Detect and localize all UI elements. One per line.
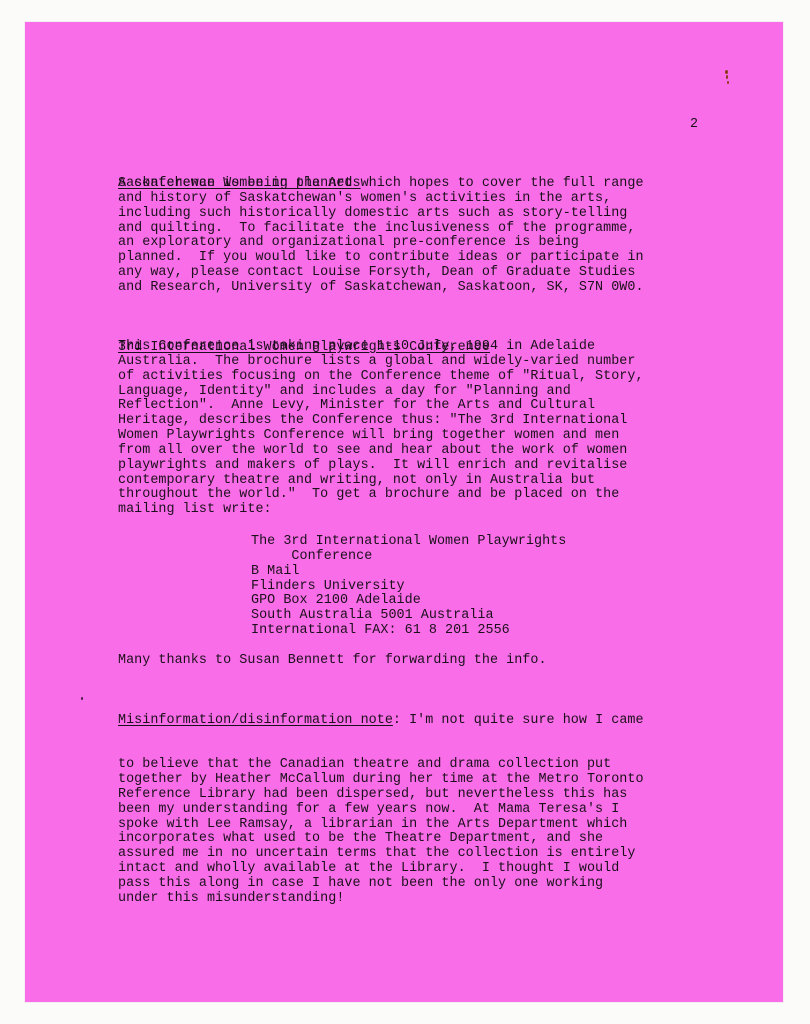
body-line: been my understanding for a few years no… [118,803,644,818]
body-line: assured me in no uncertain terms that th… [118,847,644,862]
body-line: playwrights and makers of plays. It will… [118,459,644,474]
body-line: The 3rd International Women Playwrights [251,535,566,550]
body-line: mailing list write: [118,503,644,518]
body-line: and quilting. To facilitate the inclusiv… [118,222,644,237]
body-line: South Australia 5001 Australia [251,609,566,624]
body-line: throughout the world." To get a brochure… [118,488,644,503]
section-misinformation-body: to believe that the Canadian theatre and… [118,758,644,906]
body-line: Reflection". Anne Levy, Minister for the… [118,399,644,414]
body-line: Australia. The brochure lists a global a… [118,355,644,370]
ink-stain-mark [725,70,728,88]
paper-speck [81,697,83,700]
body-line: incorporates what used to be the Theatre… [118,832,644,847]
body-line: Conference [251,550,566,565]
body-line: B Mail [251,565,566,580]
misinformation-first-line: Misinformation/disinformation note: I'm … [118,714,644,729]
section-misinformation: Misinformation/disinformation note: I'm … [118,684,644,922]
body-line: together by Heather McCallum during her … [118,773,644,788]
body-line: contemporary theatre and writing, not on… [118,474,644,489]
body-line: GPO Box 2100 Adelaide [251,594,566,609]
body-line: including such historically domestic art… [118,207,644,222]
section-heading: Misinformation/disinformation note [118,713,393,728]
body-line: Women Playwrights Conference will bring … [118,429,644,444]
thanks-paragraph: Many thanks to Susan Bennett for forward… [118,654,547,669]
body-line: A conference is being planned which hope… [118,177,644,192]
page-number: 2 [690,117,698,132]
body-line: from all over the world to see and hear … [118,444,644,459]
body-line: any way, please contact Louise Forsyth, … [118,266,644,281]
body-line: and history of Saskatchewan's women's ac… [118,192,644,207]
section-saskatchewan-body: A conference is being planned which hope… [118,177,644,296]
body-line: Language, Identity" and includes a day f… [118,385,644,400]
mailing-address: The 3rd International Women Playwrights … [251,535,566,639]
body-line: : I'm not quite sure how I came [393,713,644,728]
body-line: intact and wholly available at the Libra… [118,862,644,877]
body-line: to believe that the Canadian theatre and… [118,758,644,773]
section-playwrights-body: This Conference is taking place 1-10 Jul… [118,340,644,518]
body-line: Reference Library had been dispersed, bu… [118,788,644,803]
body-line: Flinders University [251,580,566,595]
body-line: spoke with Lee Ramsay, a librarian in th… [118,818,644,833]
body-line: of activities focusing on the Conference… [118,370,644,385]
body-line: Heritage, describes the Conference thus:… [118,414,644,429]
body-line: an exploratory and organizational pre-co… [118,236,644,251]
body-line: planned. If you would like to contribute… [118,251,644,266]
body-line: and Research, University of Saskatchewan… [118,281,644,296]
body-line: International FAX: 61 8 201 2556 [251,624,566,639]
body-line: This Conference is taking place 1-10 Jul… [118,340,644,355]
body-line: under this misunderstanding! [118,892,644,907]
body-line: pass this along in case I have not been … [118,877,644,892]
